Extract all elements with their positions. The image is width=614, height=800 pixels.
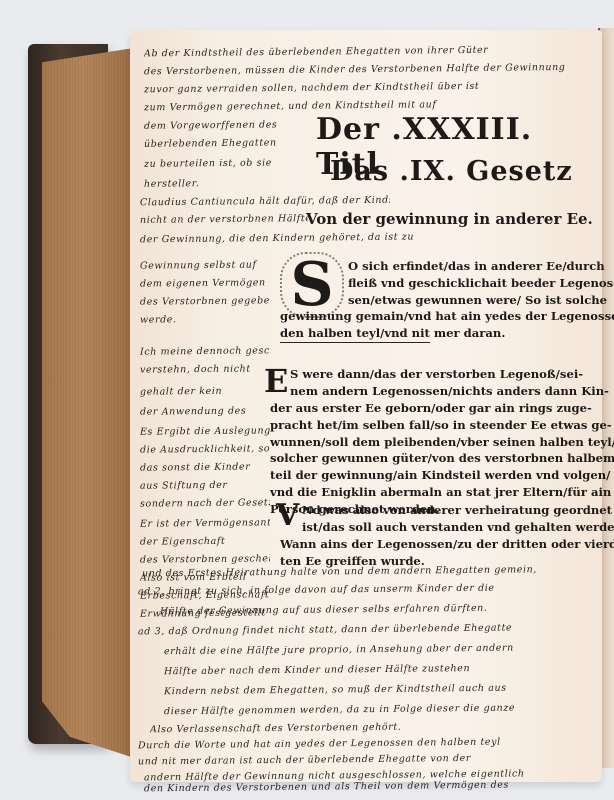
- handwritten-line: verstehn, doch nicht: [140, 359, 270, 380]
- handwritten-line: sondern nach der Gesetzes: [140, 493, 270, 514]
- paragraph-1-continued: gewinnung gemain/vnd hat ain yedes der L…: [280, 308, 600, 342]
- text-line: der aus erster Ee geborn/oder gar ain ri…: [270, 400, 600, 417]
- initial-letter: E: [264, 364, 288, 398]
- text-line: pracht het/im selben fall/so in steender…: [270, 417, 600, 434]
- book-fore-edge: [42, 48, 134, 758]
- text-line: sen/etwas gewunnen were/ So ist solche: [348, 292, 598, 309]
- text-line: Nd was also von anderer verheiratung geo…: [302, 502, 602, 519]
- handwritten-line: überlebenden Ehegatten: [144, 133, 304, 155]
- text-line: vnd die Enigklin abermaln an stat jrer E…: [270, 484, 600, 501]
- paragraph-1: O sich erfindet/das in anderer Ee/durch …: [348, 258, 598, 308]
- handwritten-line: der Anwendung des: [140, 401, 270, 422]
- underline-mark: [280, 342, 430, 343]
- text-line: ist/das soll auch verstanden vnd gehalte…: [302, 519, 602, 536]
- text-line: Wann ains der Legenossen/zu der dritten …: [280, 536, 600, 553]
- text-line: fleiß vnd geschicklichait beeder Legenos…: [348, 275, 598, 292]
- handwritten-line: der Gewinnung, die den Kindern gehöret, …: [140, 226, 590, 251]
- paragraph-3: Nd was also von anderer verheiratung geo…: [302, 502, 602, 536]
- handwritten-line: werde.: [140, 309, 270, 330]
- text-line: gewinnung gemain/vnd hat ain yedes der L…: [280, 308, 600, 325]
- initial-letter: V: [276, 500, 299, 532]
- paragraph-2-continued: der aus erster Ee geborn/oder gar ain ri…: [270, 400, 600, 518]
- text-line: wunnen/soll dem pleibenden/vber seinen h…: [270, 434, 600, 451]
- text-line: S were dann/das der verstorben Legenoß/s…: [290, 366, 600, 383]
- text-line: teil der gewinnung/ain Kindsteil werden …: [270, 467, 600, 484]
- text-line: O sich erfindet/das in anderer Ee/durch: [348, 258, 598, 275]
- text-line: nem andern Legenossen/nichts anders dann…: [290, 383, 600, 400]
- handwritten-line: gehalt der kein: [140, 381, 270, 402]
- handwritten-line: nicht an der verstorbnen Hälfte: [140, 209, 308, 231]
- text-line: solcher gewunnen güter/von des verstorbn…: [270, 450, 600, 467]
- text-line: den halben teyl/vnd nit mer daran.: [280, 325, 600, 342]
- handwritten-line: zu beurteilen ist, ob sie: [144, 153, 304, 175]
- book-page: Ab der Kindtstheil des überlebenden Eheg…: [130, 30, 602, 782]
- subtitle-heading: Das .IX. Gesetz: [330, 156, 573, 187]
- paragraph-2: S were dann/das der verstorben Legenoß/s…: [290, 366, 600, 400]
